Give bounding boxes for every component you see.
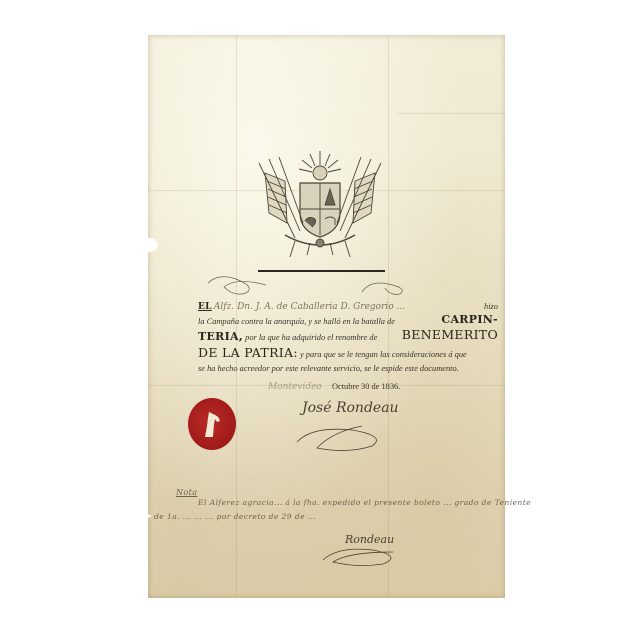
coat-of-arms-icon <box>255 143 385 261</box>
text-line-3: TERIA, por la que ha adquirido el renomb… <box>198 331 498 343</box>
seal-horse-icon <box>203 410 221 438</box>
body-text: se ha hecho acreedor por este relevante … <box>198 364 459 373</box>
body-text: y para que se le tengan las consideracio… <box>300 350 467 359</box>
signature-flourish <box>292 418 392 452</box>
line-end-word: hizo <box>484 301 498 312</box>
annotation-label: Nota <box>176 488 197 497</box>
date-line: Montevideo Octubre 30 de 1836. <box>268 381 468 393</box>
text-line-5: se ha hecho acreedor por este relevante … <box>198 363 498 374</box>
flourish-decoration <box>206 273 276 297</box>
lead-word: EL <box>198 302 212 312</box>
handwritten-name: Alfz. Dn. J. A. de Caballeria D. Gregori… <box>214 302 405 312</box>
signature-rule <box>258 270 385 272</box>
body-text: por la que ha adquirido el renombre de <box>245 333 377 342</box>
handwritten-place: Montevideo <box>268 382 322 392</box>
date-text: Octubre 30 de 1836. <box>332 382 400 391</box>
text-line-4: DE LA PATRIA: y para que se le tengan la… <box>198 347 498 360</box>
battle-name-part1: CARPIN- <box>441 314 498 325</box>
paper-tear <box>140 238 158 252</box>
signature: José Rondeau <box>302 400 399 416</box>
annotation-signature-flourish <box>318 542 408 568</box>
text-line-1: EL Alfz. Dn. J. A. de Caballeria D. Greg… <box>198 301 498 313</box>
fold-line <box>398 113 505 114</box>
flourish-decoration <box>360 278 420 296</box>
title-benemerito: BENEMERITO <box>402 329 498 340</box>
text-line-2: la Campaña contra la anarquía, y se hall… <box>198 316 498 327</box>
annotation-line-2: de 1a. ... ... ... por decreto de 29 de … <box>154 512 316 521</box>
body-text: la Campaña contra la anarquía, y se hall… <box>198 317 395 326</box>
wax-seal <box>188 398 236 450</box>
annotation-line-1: El Alferez agracia... á la fha. expedido… <box>198 498 531 507</box>
battle-name-part2: TERIA, <box>198 330 243 343</box>
title-de-la-patria: DE LA PATRIA: <box>198 345 298 360</box>
